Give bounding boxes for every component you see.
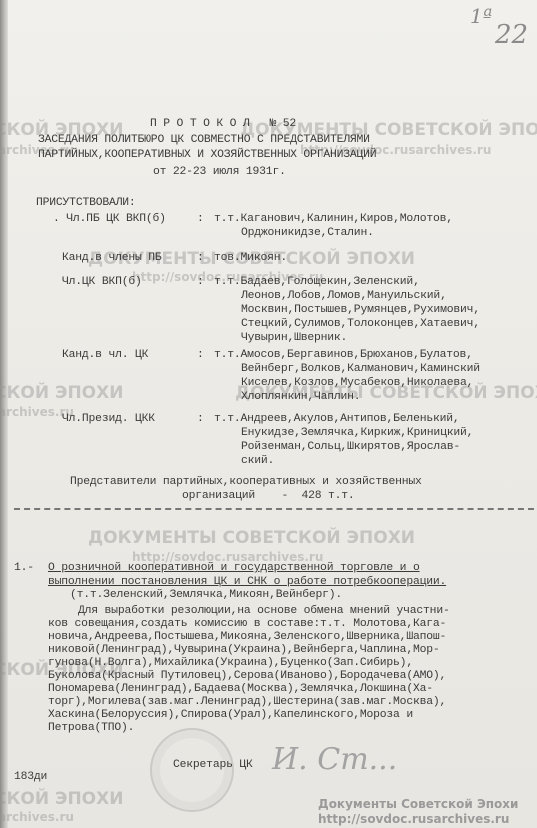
separator: : (197, 212, 204, 226)
group-members: т.т.Бадаев,Голощекин,Зеленский, (214, 275, 420, 289)
group-label-cc-members: Чл.ЦК ВКП(б) (62, 275, 142, 289)
representatives-line2: организаций - 428 т.т. (182, 489, 355, 503)
handwritten-sheet-number-bottom: 22 (495, 20, 528, 50)
body-line: Пономарева(Ленинград),Бадаева(Москва),Зе… (48, 682, 433, 696)
footer-site-name: Документы Советской Эпохи (318, 797, 518, 811)
group-members: Ройзенман,Сольц,Шкирятов,Ярослав- (241, 440, 460, 454)
watermark-left-fragment: СКОЙ ЭПОХИ (0, 383, 123, 403)
group-members: Чувырин,Шверник. (241, 331, 347, 345)
item-title-line2: выполнении постановления ЦК и СНК о рабо… (48, 575, 446, 589)
secretary-label: Секретарь ЦК (173, 758, 253, 772)
group-members: Москвин,Постышев,Румянцев,Рухимович, (241, 303, 480, 317)
body-line: Петрова(ТПО). (48, 721, 134, 735)
protocol-date: от 22-23 июля 1931г. (153, 165, 286, 179)
body-line: гунова(Н.Волга),Михайлика(Украина),Буцен… (48, 656, 413, 670)
representatives-line1: Представители партийных,кооперативных и … (70, 475, 422, 489)
body-line: Буколова(Красный Путиловец),Серова(Ивано… (48, 669, 446, 683)
protocol-subtitle-line1: ЗАСЕДАНИЯ ПОЛИТБЮРО ЦК СОВМЕСТНО С ПРЕДС… (38, 133, 370, 147)
body-line: Хаскина(Белоруссия),Спирова(Урал),Капели… (48, 708, 413, 722)
watermark-left-url-fragment: archives.ru (0, 810, 74, 824)
separator: : (197, 251, 204, 265)
group-label-politburo: . Чл.ПБ ЦК ВКП(б) (53, 212, 166, 226)
group-members: Енукидзе,Землячка,Киркиж,Криницкий, (241, 426, 473, 440)
item-title-line1: О розничной кооперативной и государствен… (48, 561, 420, 575)
group-members: т.т.Андреев,Акулов,Антипов,Беленький, (214, 412, 460, 426)
watermark-title: ДОКУМЕНТЫ СОВЕТСКОЙ ЭПОХИ (88, 528, 415, 548)
document-code: 183ди (14, 770, 47, 784)
group-members: Хлоплянкин,Чаплин. (241, 390, 360, 404)
group-members: т.т.Каганович,Калинин,Киров,Молотов, (214, 212, 453, 226)
group-members: Киселев,Козлов,Мусабеков,Николаева, (241, 376, 473, 390)
group-members: тов.Микоян. (214, 251, 287, 265)
group-members: Стецкий,Сулимов,Толоконцев,Хатаевич, (241, 317, 480, 331)
protocol-title: П Р О Т О К О Л № 52 (150, 117, 296, 131)
separator: : (197, 412, 204, 426)
group-label-ckk-presidium: Чл.Презид. ЦКК (62, 412, 155, 426)
signature: И. Ст... (272, 742, 397, 777)
body-line: новича,Андреева,Постышева,Микояна,Зеленс… (48, 630, 446, 644)
group-members: Вейнберг,Волков,Калманович,Каминский (241, 362, 480, 376)
body-line: Для выработки резолюции,на основе обмена… (78, 604, 450, 618)
separator: : (197, 275, 204, 289)
group-members: т.т.Амосов,Бергавинов,Брюханов,Булатов, (214, 348, 473, 362)
group-label-candidates-cc: Канд.в чл. ЦК (62, 348, 148, 362)
item-number: 1.- (14, 561, 34, 575)
section-divider (14, 508, 534, 510)
body-line: торг),Могилева(зав.маг.Ленинград),Шестер… (48, 695, 446, 709)
group-label-candidates-politburo: Канд.в члены ПБ (62, 251, 162, 265)
attendance-heading: ПРИСУТСТВОВАЛИ: (36, 196, 136, 210)
group-members: ский. (241, 454, 274, 468)
item-speakers: (т.т.Зеленский,Землячка,Микоян,Вейнберг)… (70, 588, 342, 602)
group-members: Леонов,Лобов,Ломов,Мануильский, (241, 289, 447, 303)
footer-site-url: http://sovdoc.rusarchives.ru (318, 812, 509, 826)
handwritten-sheet-number-top: 1ª (470, 4, 492, 28)
watermark-left-fragment: СКОЙ ЭПОХИ (0, 789, 123, 809)
separator: : (197, 348, 204, 362)
body-line: ков совещания,создать комиссию в составе… (48, 617, 446, 631)
protocol-subtitle-line2: ПАРТИЙНЫХ,КООПЕРАТИВНЫХ И ХОЗЯЙСТВЕННЫХ … (38, 148, 376, 162)
group-members: Орджоникидзе,Сталин. (241, 226, 374, 240)
body-line: никовой(Ленинград),Чувырина(Украина),Вей… (48, 643, 440, 657)
